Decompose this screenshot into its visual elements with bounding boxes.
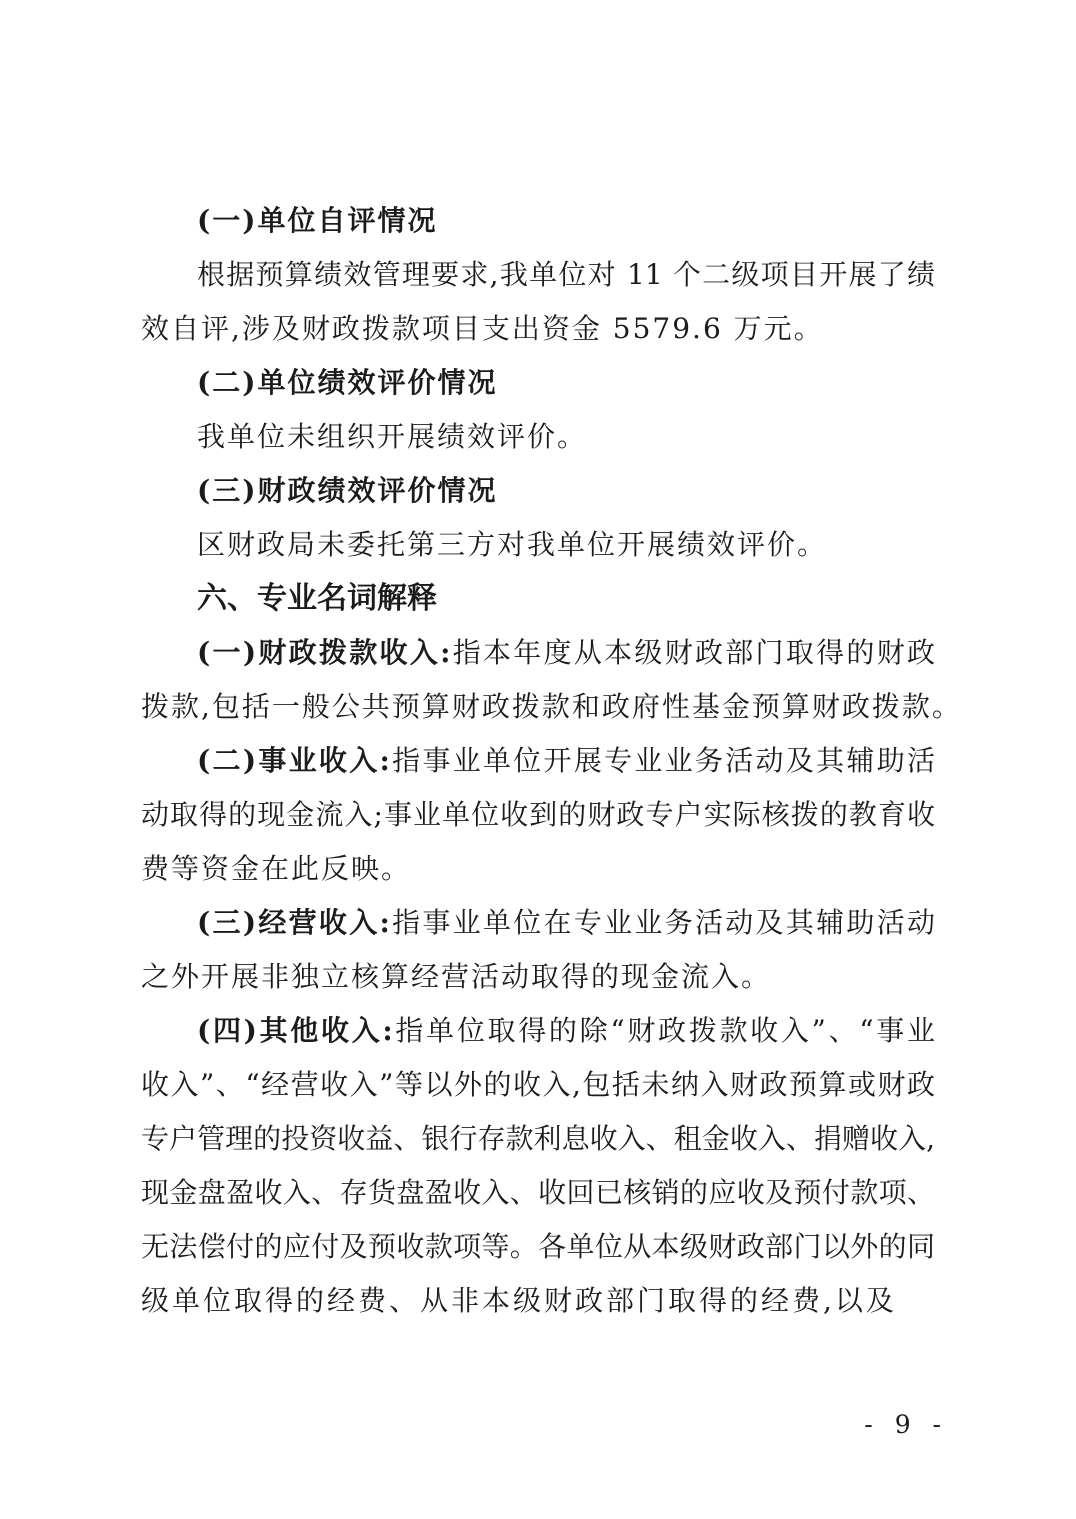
document-page: { "page": { "background": "#ffffff", "te… bbox=[0, 0, 1076, 1519]
text-line: 动取得的现金流入;事业单位收到的财政专户实际核拨的教育收 bbox=[141, 788, 935, 842]
subheading-unit-performance-evaluation: (二)单位绩效评价情况 bbox=[141, 356, 935, 410]
text-line: 我单位未组织开展绩效评价。 bbox=[141, 410, 935, 464]
text-line: 收入”、“经营收入”等以外的收入,包括未纳入财政预算或财政 bbox=[141, 1058, 935, 1112]
definition-term: (二)事业收入: bbox=[197, 744, 390, 777]
text-line: (一)财政拨款收入:指本年度从本级财政部门取得的财政 bbox=[141, 626, 935, 680]
definition-text: 指事业单位开展专业业务活动及其辅助活 bbox=[390, 744, 935, 777]
text-line: 无法偿付的应付及预收款项等。各单位从本级财政部门以外的同 bbox=[141, 1220, 935, 1274]
definition-text: 指本年度从本级财政部门取得的财政 bbox=[450, 636, 935, 669]
definition-term: (三)经营收入: bbox=[197, 906, 390, 939]
text-line: 区财政局未委托第三方对我单位开展绩效评价。 bbox=[141, 518, 935, 572]
subheading-fiscal-performance-evaluation: (三)财政绩效评价情况 bbox=[141, 464, 935, 518]
text-line: (二)事业收入:指事业单位开展专业业务活动及其辅助活 bbox=[141, 734, 935, 788]
text-line: 现金盘盈收入、存货盘盈收入、收回已核销的应收及预付款项、 bbox=[141, 1166, 935, 1220]
text-line: 根据预算绩效管理要求,我单位对 11 个二级项目开展了绩 bbox=[141, 248, 935, 302]
subheading-unit-self-evaluation: (一)单位自评情况 bbox=[141, 194, 935, 248]
definition-term: (一)财政拨款收入: bbox=[197, 636, 450, 669]
definition-text: 指事业单位在专业业务活动及其辅助活动 bbox=[390, 906, 935, 939]
page-number: - 9 - bbox=[864, 1410, 948, 1439]
text-line: 之外开展非独立核算经营活动取得的现金流入。 bbox=[141, 950, 935, 1004]
definition-term: (四)其他收入: bbox=[197, 1014, 393, 1047]
text-line: 拨款,包括一般公共预算财政拨款和政府性基金预算财政拨款。 bbox=[141, 680, 935, 734]
text-line: 效自评,涉及财政拨款项目支出资金 5579.6 万元。 bbox=[141, 302, 935, 356]
section-heading-terminology: 六、专业名词解释 bbox=[141, 572, 935, 626]
text-line: 费等资金在此反映。 bbox=[141, 842, 935, 896]
definition-text: 指单位取得的除“财政拨款收入”、“事业 bbox=[393, 1014, 935, 1047]
text-line: (三)经营收入:指事业单位在专业业务活动及其辅助活动 bbox=[141, 896, 935, 950]
text-line: 专户管理的投资收益、银行存款利息收入、租金收入、捐赠收入, bbox=[141, 1112, 935, 1166]
text-line: (四)其他收入:指单位取得的除“财政拨款收入”、“事业 bbox=[141, 1004, 935, 1058]
text-line: 级单位取得的经费、从非本级财政部门取得的经费,以及 bbox=[141, 1274, 935, 1328]
document-body: (一)单位自评情况 根据预算绩效管理要求,我单位对 11 个二级项目开展了绩 效… bbox=[141, 194, 935, 1328]
